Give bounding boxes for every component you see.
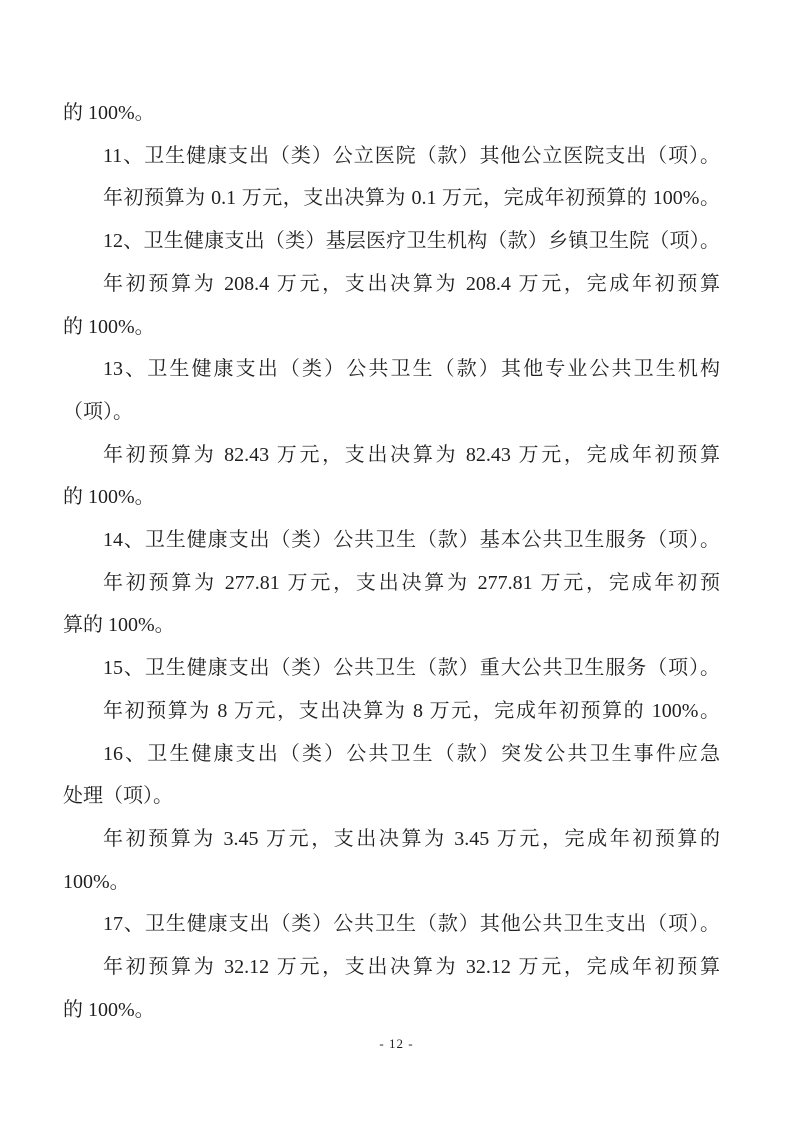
text-line: 年初预算为 3.45 万元，支出决算为 3.45 万元，完成年初预算的: [63, 818, 720, 861]
text-line: 年初预算为 0.1 万元，支出决算为 0.1 万元，完成年初预算的 100%。: [63, 177, 720, 220]
text-line: 的 100%。: [63, 306, 720, 349]
text-line: 100%。: [63, 861, 720, 904]
document-body: 的 100%。 11、卫生健康支出（类）公立医院（款）其他公立医院支出（项）。 …: [63, 92, 720, 1031]
text-line: 年初预算为 32.12 万元，支出决算为 32.12 万元，完成年初预算: [63, 946, 720, 989]
text-line: 13、卫生健康支出（类）公共卫生（款）其他专业公共卫生机构: [63, 348, 720, 391]
text-line: 年初预算为 208.4 万元，支出决算为 208.4 万元，完成年初预算: [63, 263, 720, 306]
text-line: 年初预算为 8 万元，支出决算为 8 万元，完成年初预算的 100%。: [63, 690, 720, 733]
text-line: 11、卫生健康支出（类）公立医院（款）其他公立医院支出（项）。: [63, 135, 720, 178]
text-line: 14、卫生健康支出（类）公共卫生（款）基本公共卫生服务（项）。: [63, 519, 720, 562]
text-line: 17、卫生健康支出（类）公共卫生（款）其他公共卫生支出（项）。: [63, 903, 720, 946]
text-line: 年初预算为 82.43 万元，支出决算为 82.43 万元，完成年初预算: [63, 434, 720, 477]
text-line: 的 100%。: [63, 989, 720, 1032]
text-line: 的 100%。: [63, 476, 720, 519]
text-line: 年初预算为 277.81 万元，支出决算为 277.81 万元，完成年初预: [63, 562, 720, 605]
page-number: - 12 -: [0, 1036, 793, 1052]
text-line: 16、卫生健康支出（类）公共卫生（款）突发公共卫生事件应急: [63, 733, 720, 776]
text-line: 处理（项）。: [63, 775, 720, 818]
document-page: 的 100%。 11、卫生健康支出（类）公立医院（款）其他公立医院支出（项）。 …: [0, 0, 793, 1122]
text-line: （项）。: [63, 391, 720, 434]
text-line: 的 100%。: [63, 92, 720, 135]
text-line: 12、卫生健康支出（类）基层医疗卫生机构（款）乡镇卫生院（项）。: [63, 220, 720, 263]
text-line: 15、卫生健康支出（类）公共卫生（款）重大公共卫生服务（项）。: [63, 647, 720, 690]
text-line: 算的 100%。: [63, 604, 720, 647]
